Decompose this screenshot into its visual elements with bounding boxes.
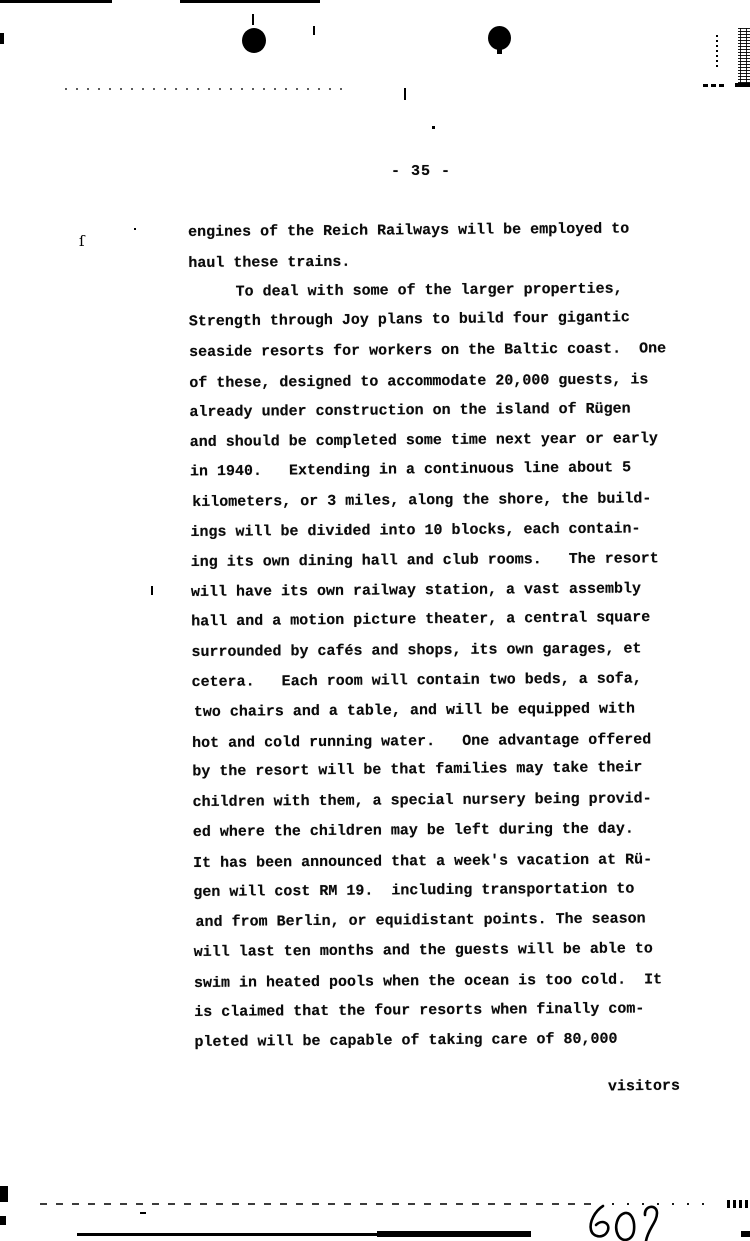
typewritten-line: swim in heated pools when the ocean is t… (194, 965, 694, 999)
typewritten-line: already under construction on the island… (189, 394, 689, 428)
scan-bottom-bar (741, 1231, 750, 1237)
punch-hole (242, 28, 266, 53)
typewritten-line: ings will be divided into 10 blocks, eac… (190, 514, 690, 548)
scan-stray-mark: ſ (79, 232, 85, 250)
scan-speck (432, 126, 435, 129)
scan-speck (151, 586, 153, 595)
scan-speck (140, 1212, 146, 1214)
typewritten-line: of these, designed to accommodate 20,000… (189, 365, 689, 399)
typewritten-line: ing its own dining hall and club rooms. … (191, 544, 691, 578)
typewritten-line: gen will cost RM 19. including transport… (193, 874, 693, 908)
scan-noise-strip (738, 28, 750, 86)
scan-speck (134, 228, 136, 230)
typewritten-line: children with them, a special nursery be… (192, 784, 692, 818)
typewritten-line: two chairs and a table, and will be equi… (194, 694, 694, 728)
typewritten-line: Strength through Joy plans to build four… (189, 303, 689, 338)
typewritten-line: hall and a motion picture theater, a cen… (191, 603, 691, 638)
typewritten-line: It has been announced that a week's vaca… (193, 845, 693, 879)
scan-edge-mark (0, 1186, 8, 1202)
typewritten-line: will last ten months and the guests will… (194, 934, 694, 968)
scan-dotted-noise (716, 33, 718, 67)
catchword: visitors (608, 1078, 680, 1096)
scan-edge-line (0, 0, 112, 3)
scan-dotted-noise (65, 88, 347, 90)
scanned-document-page: ſ - 35 - engines of the Reich Railways w… (0, 0, 750, 1238)
typewritten-line: pleted will be capable of taking care of… (194, 1024, 694, 1058)
scan-edge-mark (0, 1216, 6, 1225)
scan-bottom-bar (377, 1231, 531, 1237)
typewritten-line: by the resort will be that families may … (192, 753, 692, 788)
typewritten-line: cetera. Each room will contain two beds,… (192, 664, 692, 698)
typewriter-text-block: engines of the Reich Railways will be em… (188, 214, 695, 1058)
scan-edge-mark (0, 33, 4, 44)
scan-dash-mark (703, 84, 725, 87)
typewritten-line: seaside resorts for workers on the Balti… (189, 334, 689, 368)
typewritten-line: surrounded by cafés and shops, its own g… (191, 634, 691, 668)
typewritten-line: kilometers, or 3 miles, along the shore,… (192, 484, 692, 518)
typewritten-line: and from Berlin, or equidistant points. … (195, 904, 695, 938)
punch-hole (488, 26, 511, 50)
typewritten-line: ed where the children may be left during… (193, 814, 693, 848)
scan-edge-mark (727, 1200, 750, 1208)
scan-speck (404, 88, 406, 100)
scan-speck (252, 14, 254, 25)
scan-speck (313, 26, 315, 35)
scan-dashed-line (40, 1203, 600, 1205)
scan-dash-mark (735, 83, 750, 87)
scan-bottom-bar (77, 1233, 378, 1236)
typewritten-line: engines of the Reich Railways will be em… (188, 214, 688, 248)
typewritten-line: is claimed that the four resorts when fi… (194, 994, 694, 1028)
handwritten-page-number (583, 1199, 675, 1238)
page-number: - 35 - (391, 163, 451, 180)
scan-edge-line (180, 0, 320, 3)
typewritten-line: in 1940. Extending in a continuous line … (190, 453, 690, 488)
